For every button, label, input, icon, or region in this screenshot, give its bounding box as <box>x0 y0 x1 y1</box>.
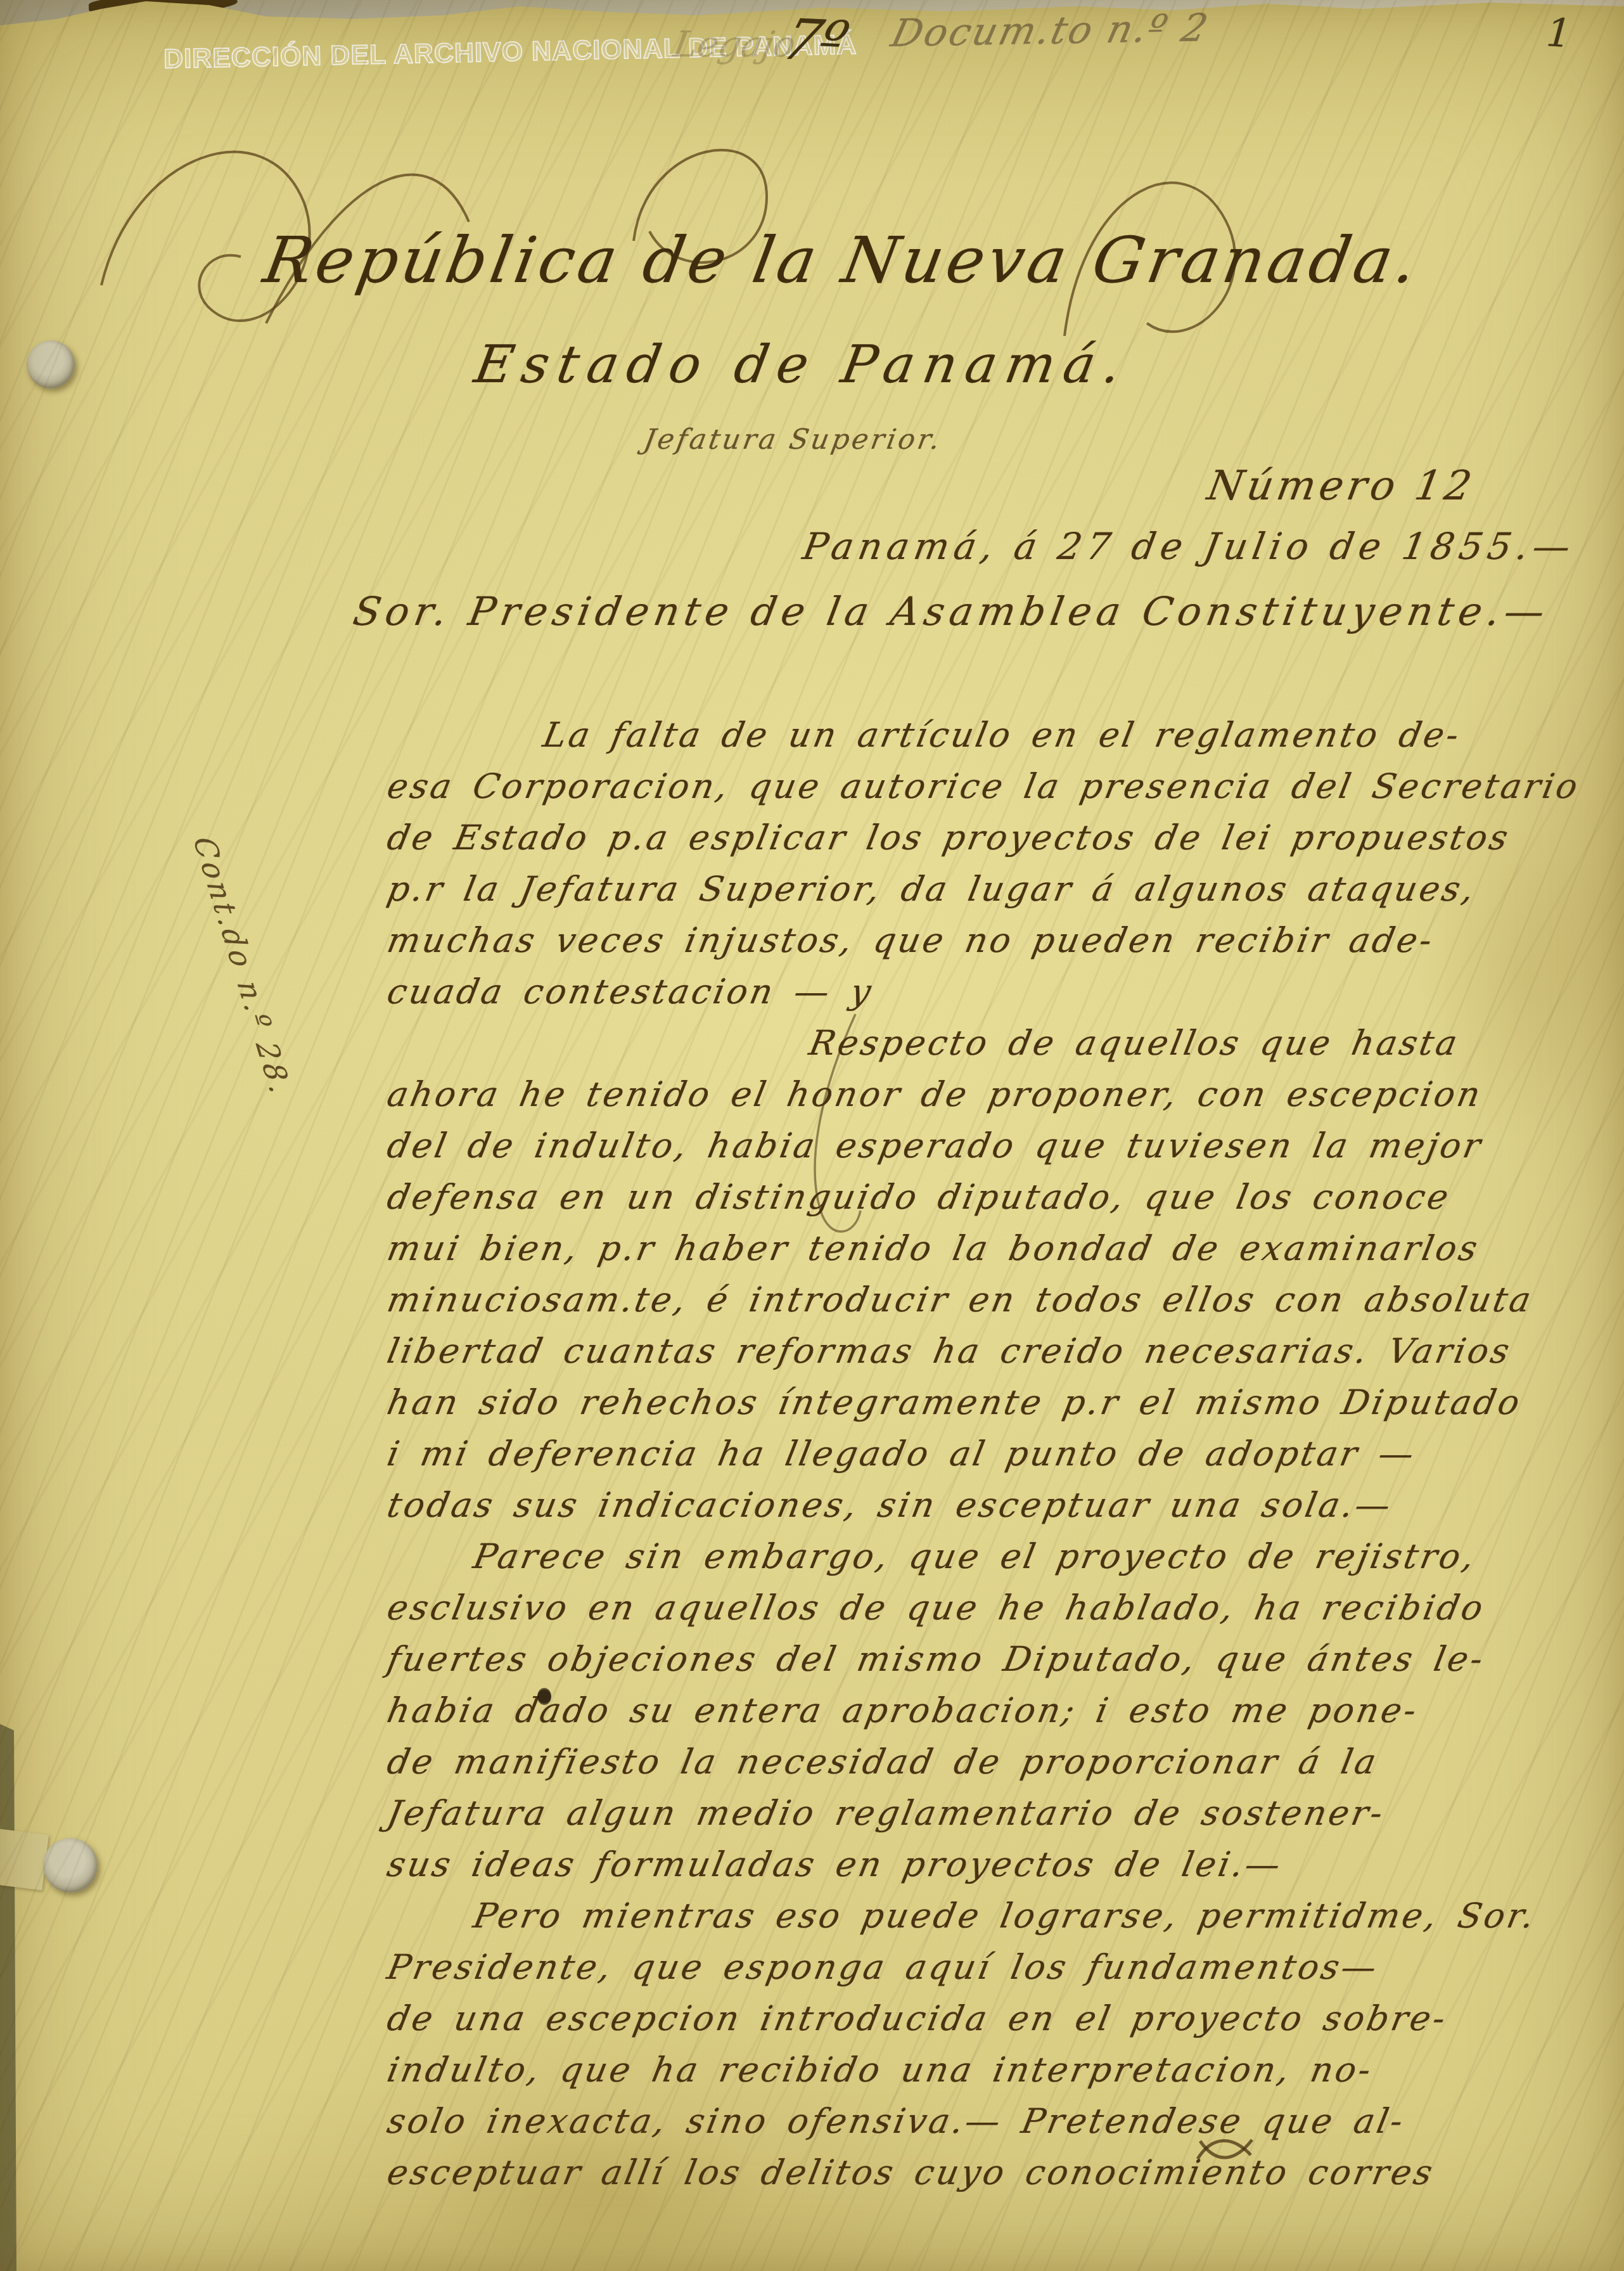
punch-hole-bottom <box>43 1838 98 1893</box>
dateline: Panamá, á 27 de Julio de 1855.— <box>800 525 1579 568</box>
punch-hole-top <box>27 340 75 389</box>
manuscript-line: defensa en un distinguido diputado, que … <box>384 1177 1454 1217</box>
manuscript-line: cuada contestacion — y <box>384 972 877 1012</box>
manuscript-line: todas sus indicaciones, sin esceptuar un… <box>384 1485 1396 1525</box>
manuscript-line: de manifiesto la necesidad de proporcion… <box>384 1742 1382 1782</box>
manuscript-line: ahora he tenido el honor de proponer, co… <box>384 1074 1486 1114</box>
manuscript-line: minuciosam.te, é introducir en todos ell… <box>384 1280 1537 1320</box>
torn-paper-tab <box>0 1829 49 1891</box>
letterhead-republic: República de la Nueva Granada. <box>259 223 1426 297</box>
manuscript-line: Jefatura algun medio reglamentario de so… <box>384 1793 1389 1833</box>
manuscript-line: p.r la Jefatura Superior, da lugar á alg… <box>384 869 1480 909</box>
manuscript-line: esa Corporacion, que autorice la presenc… <box>384 766 1583 806</box>
manuscript-line: Respecto de aquellos que hasta <box>806 1023 1463 1063</box>
manuscript-line: fuertes objeciones del mismo Diputado, q… <box>384 1639 1488 1679</box>
manuscript-line: solo inexacta, sino ofensiva.— Pretendes… <box>384 2101 1409 2141</box>
salutation: Sor. Presidente de la Asamblea Constituy… <box>350 588 1553 634</box>
manuscript-line: muchas veces injustos, que no pueden rec… <box>384 920 1438 960</box>
manuscript-line: esceptuar allí los delitos cuyo conocimi… <box>384 2152 1438 2192</box>
manuscript-line: de una escepcion introducida en el proye… <box>384 1998 1451 2038</box>
manuscript-line: mui bien, p.r haber tenido la bondad de … <box>384 1228 1483 1268</box>
manuscript-line: sus ideas formuladas en proyectos de lei… <box>384 1844 1286 1884</box>
manuscript-line: han sido rehechos íntegramente p.r el mi… <box>384 1382 1525 1422</box>
manuscript-line: Pero mientras eso puede lograrse, permit… <box>470 1896 1540 1936</box>
manuscript-line: libertad cuantas reformas ha creido nece… <box>384 1331 1515 1371</box>
letterhead-office: Jefatura Superior. <box>641 423 945 456</box>
manuscript-line: Parece sin embargo, que el proyecto de r… <box>470 1536 1480 1576</box>
documento-number-annotation: Docum.to n.º 2 <box>887 6 1213 56</box>
ink-blot <box>537 1688 551 1705</box>
manuscript-line: esclusivo en aquellos de que he hablado,… <box>384 1588 1489 1628</box>
manuscript-line: Presidente, que esponga aquí los fundame… <box>384 1947 1382 1987</box>
scanned-manuscript-page: DIRECCIÓN DEL ARCHIVO NACIONAL DE PANAMÁ… <box>0 0 1624 2271</box>
manuscript-line: del de indulto, habia esperado que tuvie… <box>384 1126 1487 1166</box>
manuscript-line: La falta de un artículo en el reglamento… <box>540 715 1465 755</box>
letterhead-state: Estado de Panamá. <box>470 335 1134 395</box>
manuscript-line: de Estado p.a esplicar los proyectos de … <box>384 818 1514 858</box>
manuscript-line: indulto, que ha recibido una interpretac… <box>384 2050 1377 2090</box>
page-number: 1 <box>1545 9 1573 57</box>
manuscript-line: i mi deferencia ha llegado al punto de a… <box>384 1434 1419 1474</box>
document-number-line: Número 12 <box>1204 463 1479 510</box>
